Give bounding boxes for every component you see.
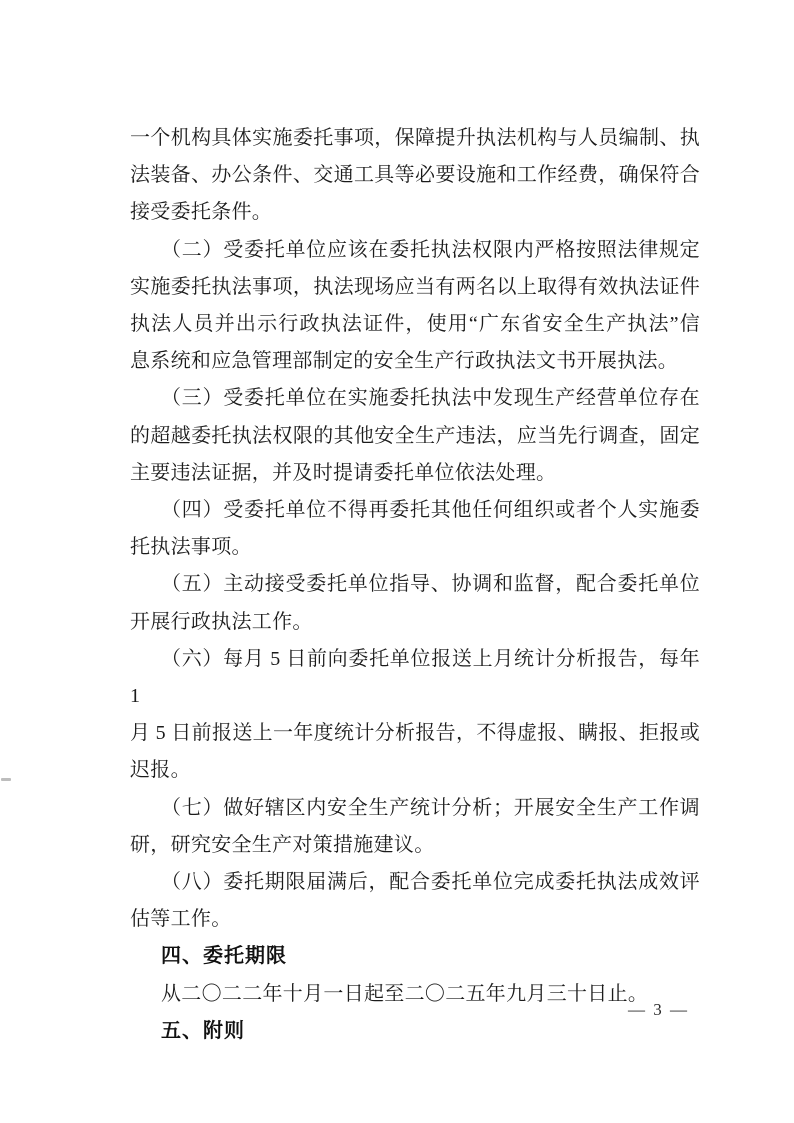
text-line: 主要违法证据，并及时提请委托单位依法处理。 [130, 455, 700, 492]
text-line: （五）主动接受委托单位指导、协调和监督，配合委托单位 [130, 566, 700, 603]
paragraph: （八）委托期限届满后，配合委托单位完成委托执法成效评估等工作。 [130, 864, 700, 938]
text-line: 息系统和应急管理部制定的安全生产行政执法文书开展执法。 [130, 343, 700, 380]
text-line: 实施委托执法事项，执法现场应当有两名以上取得有效执法证件 [130, 269, 700, 306]
document-body: 一个机构具体实施委托事项，保障提升执法机构与人员编制、执法装备、办公条件、交通工… [130, 120, 700, 1050]
text-line: （六）每月 5 日前向委托单位报送上月统计分析报告，每年 1 [130, 641, 700, 715]
paragraph: （二）受委托单位应该在委托执法权限内严格按照法律规定实施委托执法事项，执法现场应… [130, 232, 700, 381]
section-heading: 四、委托期限 [130, 938, 700, 975]
paragraph: （七）做好辖区内安全生产统计分析；开展安全生产工作调研，研究安全生产对策措施建议… [130, 790, 700, 864]
text-line: 开展行政执法工作。 [130, 604, 700, 641]
paragraph: （六）每月 5 日前向委托单位报送上月统计分析报告，每年 1月 5 日前报送上一… [130, 641, 700, 790]
paragraph: 一个机构具体实施委托事项，保障提升执法机构与人员编制、执法装备、办公条件、交通工… [130, 120, 700, 232]
paragraph: 从二〇二二年十月一日起至二〇二五年九月三十日止。 [130, 976, 700, 1013]
text-line: 月 5 日前报送上一年度统计分析报告，不得虚报、瞒报、拒报或 [130, 715, 700, 752]
text-line: （七）做好辖区内安全生产统计分析；开展安全生产工作调 [130, 790, 700, 827]
text-line: 五、附则 [130, 1013, 700, 1050]
text-line: 托执法事项。 [130, 529, 700, 566]
text-line: （三）受委托单位在实施委托执法中发现生产经营单位存在 [130, 380, 700, 417]
text-line: （八）委托期限届满后，配合委托单位完成委托执法成效评 [130, 864, 700, 901]
text-line: 一个机构具体实施委托事项，保障提升执法机构与人员编制、执 [130, 120, 700, 157]
paragraph: （五）主动接受委托单位指导、协调和监督，配合委托单位开展行政执法工作。 [130, 566, 700, 640]
text-line: 从二〇二二年十月一日起至二〇二五年九月三十日止。 [130, 976, 700, 1013]
section-heading: 五、附则 [130, 1013, 700, 1050]
text-line: 执法人员并出示行政执法证件，使用“广东省安全生产执法”信 [130, 306, 700, 343]
page-number: — 3 — [628, 1000, 708, 1020]
paragraph: （四）受委托单位不得再委托其他任何组织或者个人实施委托执法事项。 [130, 492, 700, 566]
text-line: 研，研究安全生产对策措施建议。 [130, 827, 700, 864]
paragraph: （三）受委托单位在实施委托执法中发现生产经营单位存在的超越委托执法权限的其他安全… [130, 380, 700, 492]
text-line: 接受委托条件。 [130, 194, 700, 231]
text-line: （二）受委托单位应该在委托执法权限内严格按照法律规定 [130, 232, 700, 269]
document-page: 一个机构具体实施委托事项，保障提升执法机构与人员编制、执法装备、办公条件、交通工… [0, 0, 794, 1123]
text-line: 估等工作。 [130, 901, 700, 938]
scan-artifact-mark [1, 778, 11, 781]
text-line: 法装备、办公条件、交通工具等必要设施和工作经费，确保符合 [130, 157, 700, 194]
text-line: 的超越委托执法权限的其他安全生产违法，应当先行调查，固定 [130, 418, 700, 455]
text-line: 迟报。 [130, 752, 700, 789]
text-line: 四、委托期限 [130, 938, 700, 975]
text-line: （四）受委托单位不得再委托其他任何组织或者个人实施委 [130, 492, 700, 529]
